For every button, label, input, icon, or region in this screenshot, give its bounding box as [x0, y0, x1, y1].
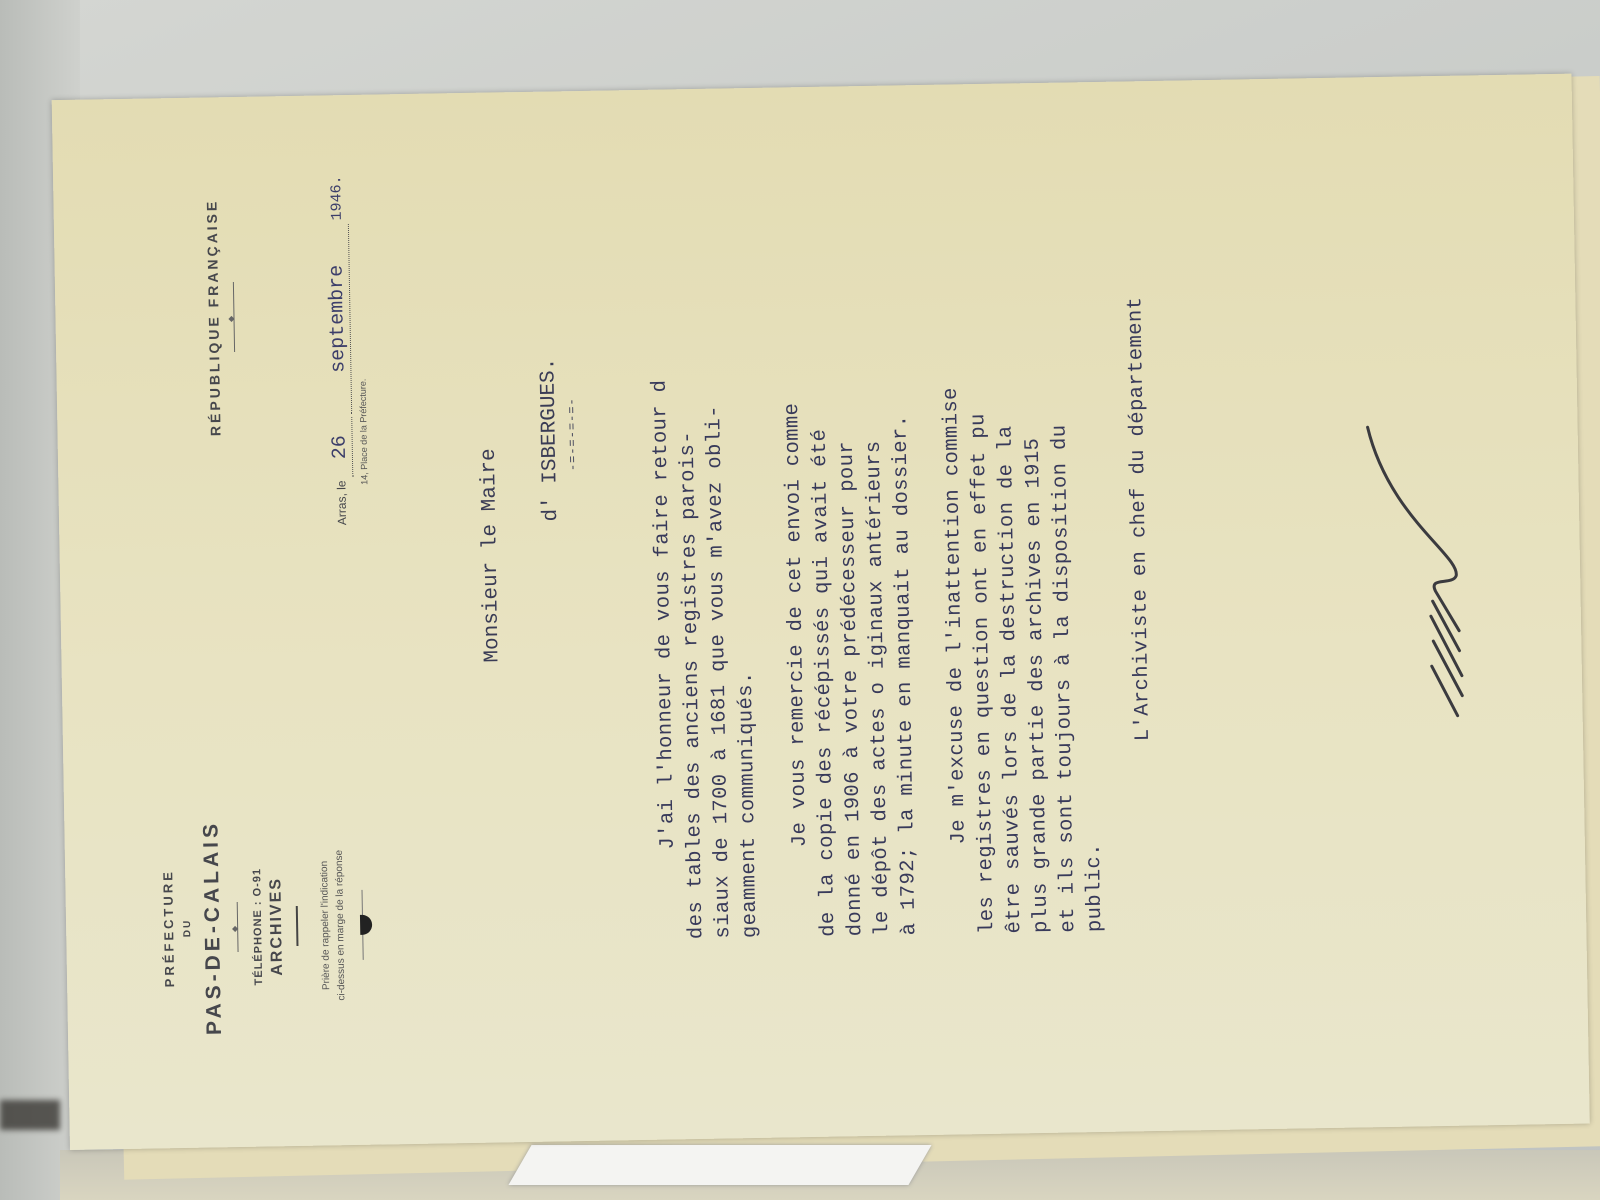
addressee-block: Monsieur le Maire d' ISBERGUES. -=-=-=-=… [476, 357, 583, 663]
addressee-underline: -=-=-=-=- [564, 357, 580, 471]
date-line: Arras, le 26 septembre 1946. [323, 105, 354, 525]
photo-shadow [0, 1100, 60, 1130]
reply-note: Prière de rappeler l'indication ci-dessu… [315, 765, 351, 1085]
republic-label: RÉPUBLIQUE FRANÇAISE [202, 107, 225, 527]
department-name: PAS-DE-CALAIS [198, 767, 228, 1087]
date-month: septembre [325, 224, 352, 414]
date-year: 1946. [328, 175, 346, 220]
reference-rule [362, 890, 364, 960]
letterhead-right: RÉPUBLIQUE FRANÇAISE Arras, le 26 septem… [202, 105, 370, 528]
telephone-number: TÉLÉPHONE : O-91 [249, 767, 267, 1087]
signature-icon [1357, 405, 1483, 727]
paper-stack-edge [508, 1145, 931, 1185]
du-label: DU [179, 768, 196, 1088]
punch-hole-icon [360, 915, 372, 935]
divider-ornament [233, 282, 235, 352]
date-day: 26 [328, 417, 353, 477]
paragraph-3: Je m'excuse de l'inattention commise les… [934, 172, 1109, 935]
office-address: 14, Place de la Préfecture. [353, 105, 370, 485]
service-name: ARCHIVES [265, 766, 289, 1086]
addressee-town: d' ISBERGUES. [537, 357, 563, 521]
divider [296, 906, 299, 946]
addressee-title: Monsieur le Maire [476, 359, 504, 663]
letter-page: PRÉFECTURE DU PAS-DE-CALAIS TÉLÉPHONE : … [52, 74, 1590, 1150]
date-prefix: Arras, le [334, 480, 349, 525]
letter-body: J'ai l'honneur de vous faire retour d de… [643, 171, 1160, 940]
paragraph-1: J'ai l'honneur de vous faire retour d de… [643, 178, 764, 940]
closing-title: L'Archiviste en chef du département [1120, 171, 1160, 931]
letterhead-left: PRÉFECTURE DU PAS-DE-CALAIS TÉLÉPHONE : … [158, 765, 366, 1088]
prefecture-label: PRÉFECTURE [158, 768, 179, 1088]
paragraph-2: Je vous remercie de cet envoi comme de l… [775, 175, 923, 937]
divider-ornament [237, 902, 239, 952]
